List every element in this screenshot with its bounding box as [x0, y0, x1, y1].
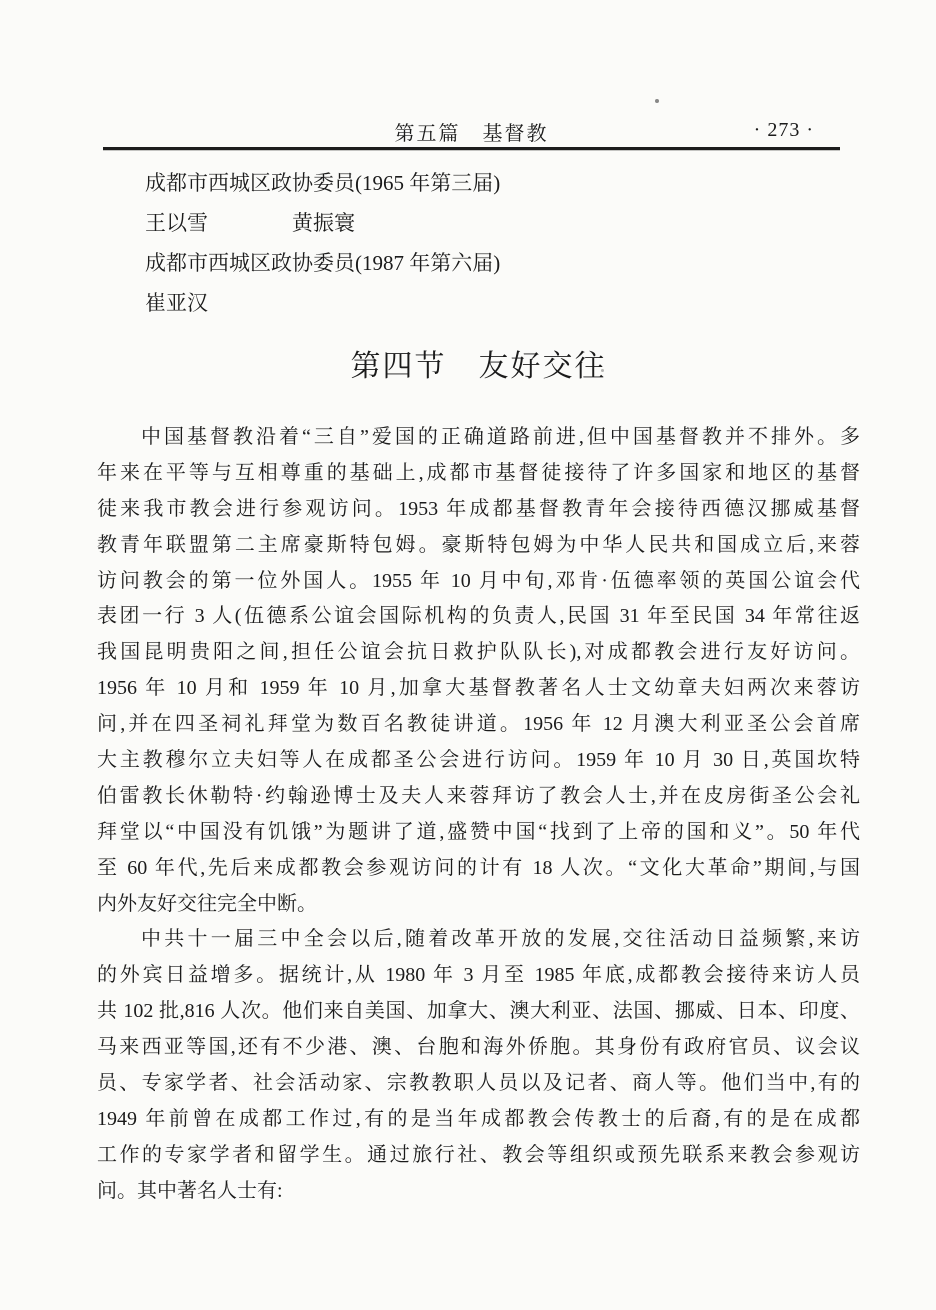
- text-line: 年来在平等与互相尊重的基础上,成都市基督徒接待了许多国家和地区的基督: [97, 456, 860, 492]
- text-line: 内外友好交往完全中断。: [97, 887, 860, 923]
- text-line: 中国基督教沿着“三自”爱国的正确道路前进,但中国基督教并不排外。多: [97, 420, 860, 456]
- text-line: 的外宾日益增多。据统计,从 1980 年 3 月至 1985 年底,成都教会接待…: [97, 958, 860, 994]
- text-line: 员、专家学者、社会活动家、宗教教职人员以及记者、商人等。他们当中,有的: [97, 1066, 860, 1102]
- page-number: · 273 ·: [754, 119, 814, 142]
- appointment-line: 成都市西城区政协委员(1965 年第三届): [97, 163, 860, 203]
- text-line: 1956 年 10 月和 1959 年 10 月,加拿大基督教著名人士文幼章夫妇…: [97, 671, 860, 707]
- text-line: 徒来我市教会进行参观访问。1953 年成都基督教青年会接待西德汉挪威基督: [97, 492, 860, 528]
- book-page: 第五篇 基督教 · 273 · 成都市西城区政协委员(1965 年第三届)王以雪…: [0, 0, 936, 1310]
- text-line: 中共十一届三中全会以后,随着改革开放的发展,交往活动日益频繁,来访: [97, 922, 860, 958]
- text-line: 1949 年前曾在成都工作过,有的是当年成都教会传教士的后裔,有的是在成都: [97, 1102, 860, 1138]
- appointments-list: 成都市西城区政协委员(1965 年第三届)王以雪 黄振寰成都市西城区政协委员(1…: [97, 163, 860, 323]
- text-line: 表团一行 3 人(伍德系公谊会国际机构的负责人,民国 31 年至民国 34 年常…: [97, 599, 860, 635]
- running-head: 第五篇 基督教 · 273 ·: [103, 113, 840, 147]
- text-line: 访问教会的第一位外国人。1955 年 10 月中旬,邓肯·伍德率领的英国公谊会代: [97, 564, 860, 600]
- appointment-line: 崔亚汉: [97, 283, 860, 323]
- scan-speck: [655, 99, 659, 103]
- text-line: 工作的专家学者和留学生。通过旅行社、教会等组织或预先联系来教会参观访: [97, 1138, 860, 1174]
- appointment-line: 成都市西城区政协委员(1987 年第六届): [97, 243, 860, 283]
- text-line: 大主教穆尔立夫妇等人在成都圣公会进行访问。1959 年 10 月 30 日,英国…: [97, 743, 860, 779]
- text-line: 教青年联盟第二主席豪斯特包姆。豪斯特包姆为中华人民共和国成立后,来蓉: [97, 528, 860, 564]
- text-line: 问,并在四圣祠礼拜堂为数百名教徒讲道。1956 年 12 月澳大利亚圣公会首席: [97, 707, 860, 743]
- text-line: 伯雷教长休勒特·约翰逊博士及夫人来蓉拜访了教会人士,并在皮房街圣公会礼: [97, 779, 860, 815]
- paragraph-1: 中国基督教沿着“三自”爱国的正确道路前进,但中国基督教并不排外。多年来在平等与互…: [97, 420, 860, 922]
- text-line: 问。其中著名人士有:: [97, 1174, 860, 1210]
- text-line: 马来西亚等国,还有不少港、澳、台胞和海外侨胞。其身份有政府官员、议会议: [97, 1030, 860, 1066]
- section-title: 第四节 友好交往: [97, 341, 860, 385]
- text-line: 拜堂以“中国没有饥饿”为题讲了道,盛赞中国“找到了上帝的国和义”。50 年代: [97, 815, 860, 851]
- text-line: 我国昆明贵阳之间,担任公谊会抗日救护队队长),对成都教会进行友好访问。: [97, 635, 860, 671]
- body-text: 中国基督教沿着“三自”爱国的正确道路前进,但中国基督教并不排外。多年来在平等与互…: [97, 420, 860, 1210]
- text-line: 至 60 年代,先后来成都教会参观访问的计有 18 人次。“文化大革命”期间,与…: [97, 851, 860, 887]
- appointment-line: 王以雪 黄振寰: [97, 203, 860, 243]
- chapter-title: 第五篇 基督教: [103, 117, 840, 146]
- header-rule-divider: [103, 147, 840, 150]
- text-line: 共 102 批,816 人次。他们来自美国、加拿大、澳大利亚、法国、挪威、日本、…: [97, 994, 860, 1030]
- scan-speck: [601, 369, 604, 372]
- paragraph-2: 中共十一届三中全会以后,随着改革开放的发展,交往活动日益频繁,来访的外宾日益增多…: [97, 922, 860, 1209]
